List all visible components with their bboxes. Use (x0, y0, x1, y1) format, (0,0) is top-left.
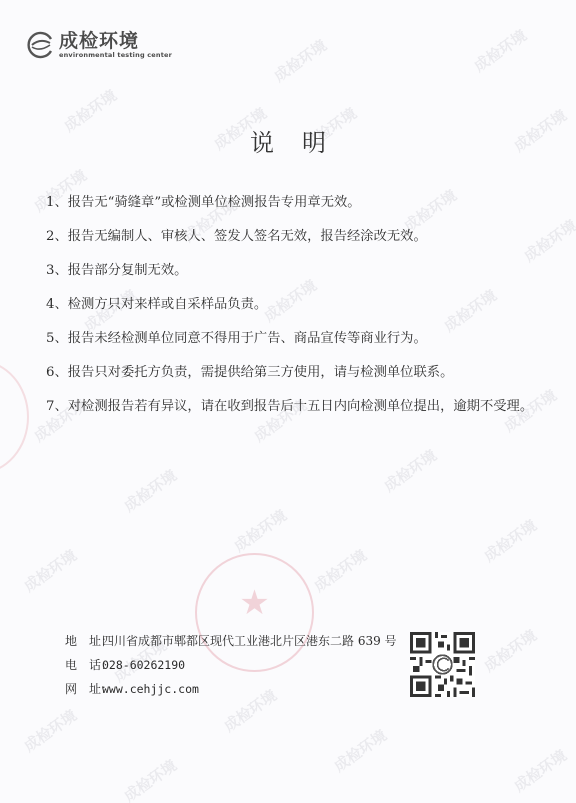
logo-name-en: environmental testing center (59, 51, 172, 59)
address-row: 地 址：四川省成都市郫都区现代工业港北片区港东二路 639 号 (65, 633, 397, 657)
page-title: 说明 (0, 123, 576, 158)
watermark: 成检环境 (469, 25, 530, 77)
notice-item: 5、报告未经检测单位同意不得用于广告、商品宣传等商业行为。 (46, 329, 533, 363)
notice-item: 1、报告无“骑缝章”或检测单位检测报告专用章无效。 (46, 193, 533, 227)
phone-row: 电 话：028-60262190 (65, 657, 397, 681)
watermark: 成检环境 (19, 545, 80, 597)
notice-item: 2、报告无编制人、审核人、签发人签名无效，报告经涂改无效。 (46, 227, 533, 261)
website-row: 网 址：www.cehjjc.com (65, 681, 397, 705)
website-link[interactable]: www.cehjjc.com (102, 682, 199, 696)
notice-item: 7、对检测报告若有异议，请在收到报告后十五日内向检测单位提出，逾期不受理。 (46, 397, 533, 431)
watermark: 成检环境 (379, 445, 440, 497)
notice-list: 1、报告无“骑缝章”或检测单位检测报告专用章无效。 2、报告无编制人、审核人、签… (46, 193, 533, 431)
seam-seal (0, 360, 29, 474)
watermark: 成检环境 (119, 755, 180, 803)
watermark: 成检环境 (229, 505, 290, 557)
notice-item: 4、检测方只对来样或自采样品负责。 (46, 295, 533, 329)
notice-item: 6、报告只对委托方负责，需提供给第三方使用，请与检测单位联系。 (46, 363, 533, 397)
address-label: 地 址： (65, 633, 102, 649)
watermark: 成检环境 (479, 515, 540, 567)
watermark: 成检环境 (269, 35, 330, 87)
address-value: 四川省成都市郫都区现代工业港北片区港东二路 639 号 (102, 634, 397, 648)
watermark: 成检环境 (329, 725, 390, 777)
logo-e-icon (25, 30, 55, 60)
star-icon: ★ (197, 583, 312, 623)
company-logo: 成检环境 environmental testing center (25, 30, 172, 60)
logo-name-cn: 成检环境 (59, 31, 172, 51)
watermark: 成检环境 (119, 465, 180, 517)
qr-code-icon[interactable] (410, 632, 475, 697)
phone-label: 电 话： (65, 657, 102, 673)
website-label: 网 址： (65, 681, 102, 697)
contact-info: 地 址：四川省成都市郫都区现代工业港北片区港东二路 639 号 电 话：028-… (65, 633, 397, 705)
notice-item: 3、报告部分复制无效。 (46, 261, 533, 295)
watermark: 成检环境 (309, 545, 370, 597)
watermark: 成检环境 (479, 625, 540, 677)
watermark: 成检环境 (509, 745, 570, 797)
phone-value: 028-60262190 (102, 658, 185, 672)
watermark: 成检环境 (19, 705, 80, 757)
